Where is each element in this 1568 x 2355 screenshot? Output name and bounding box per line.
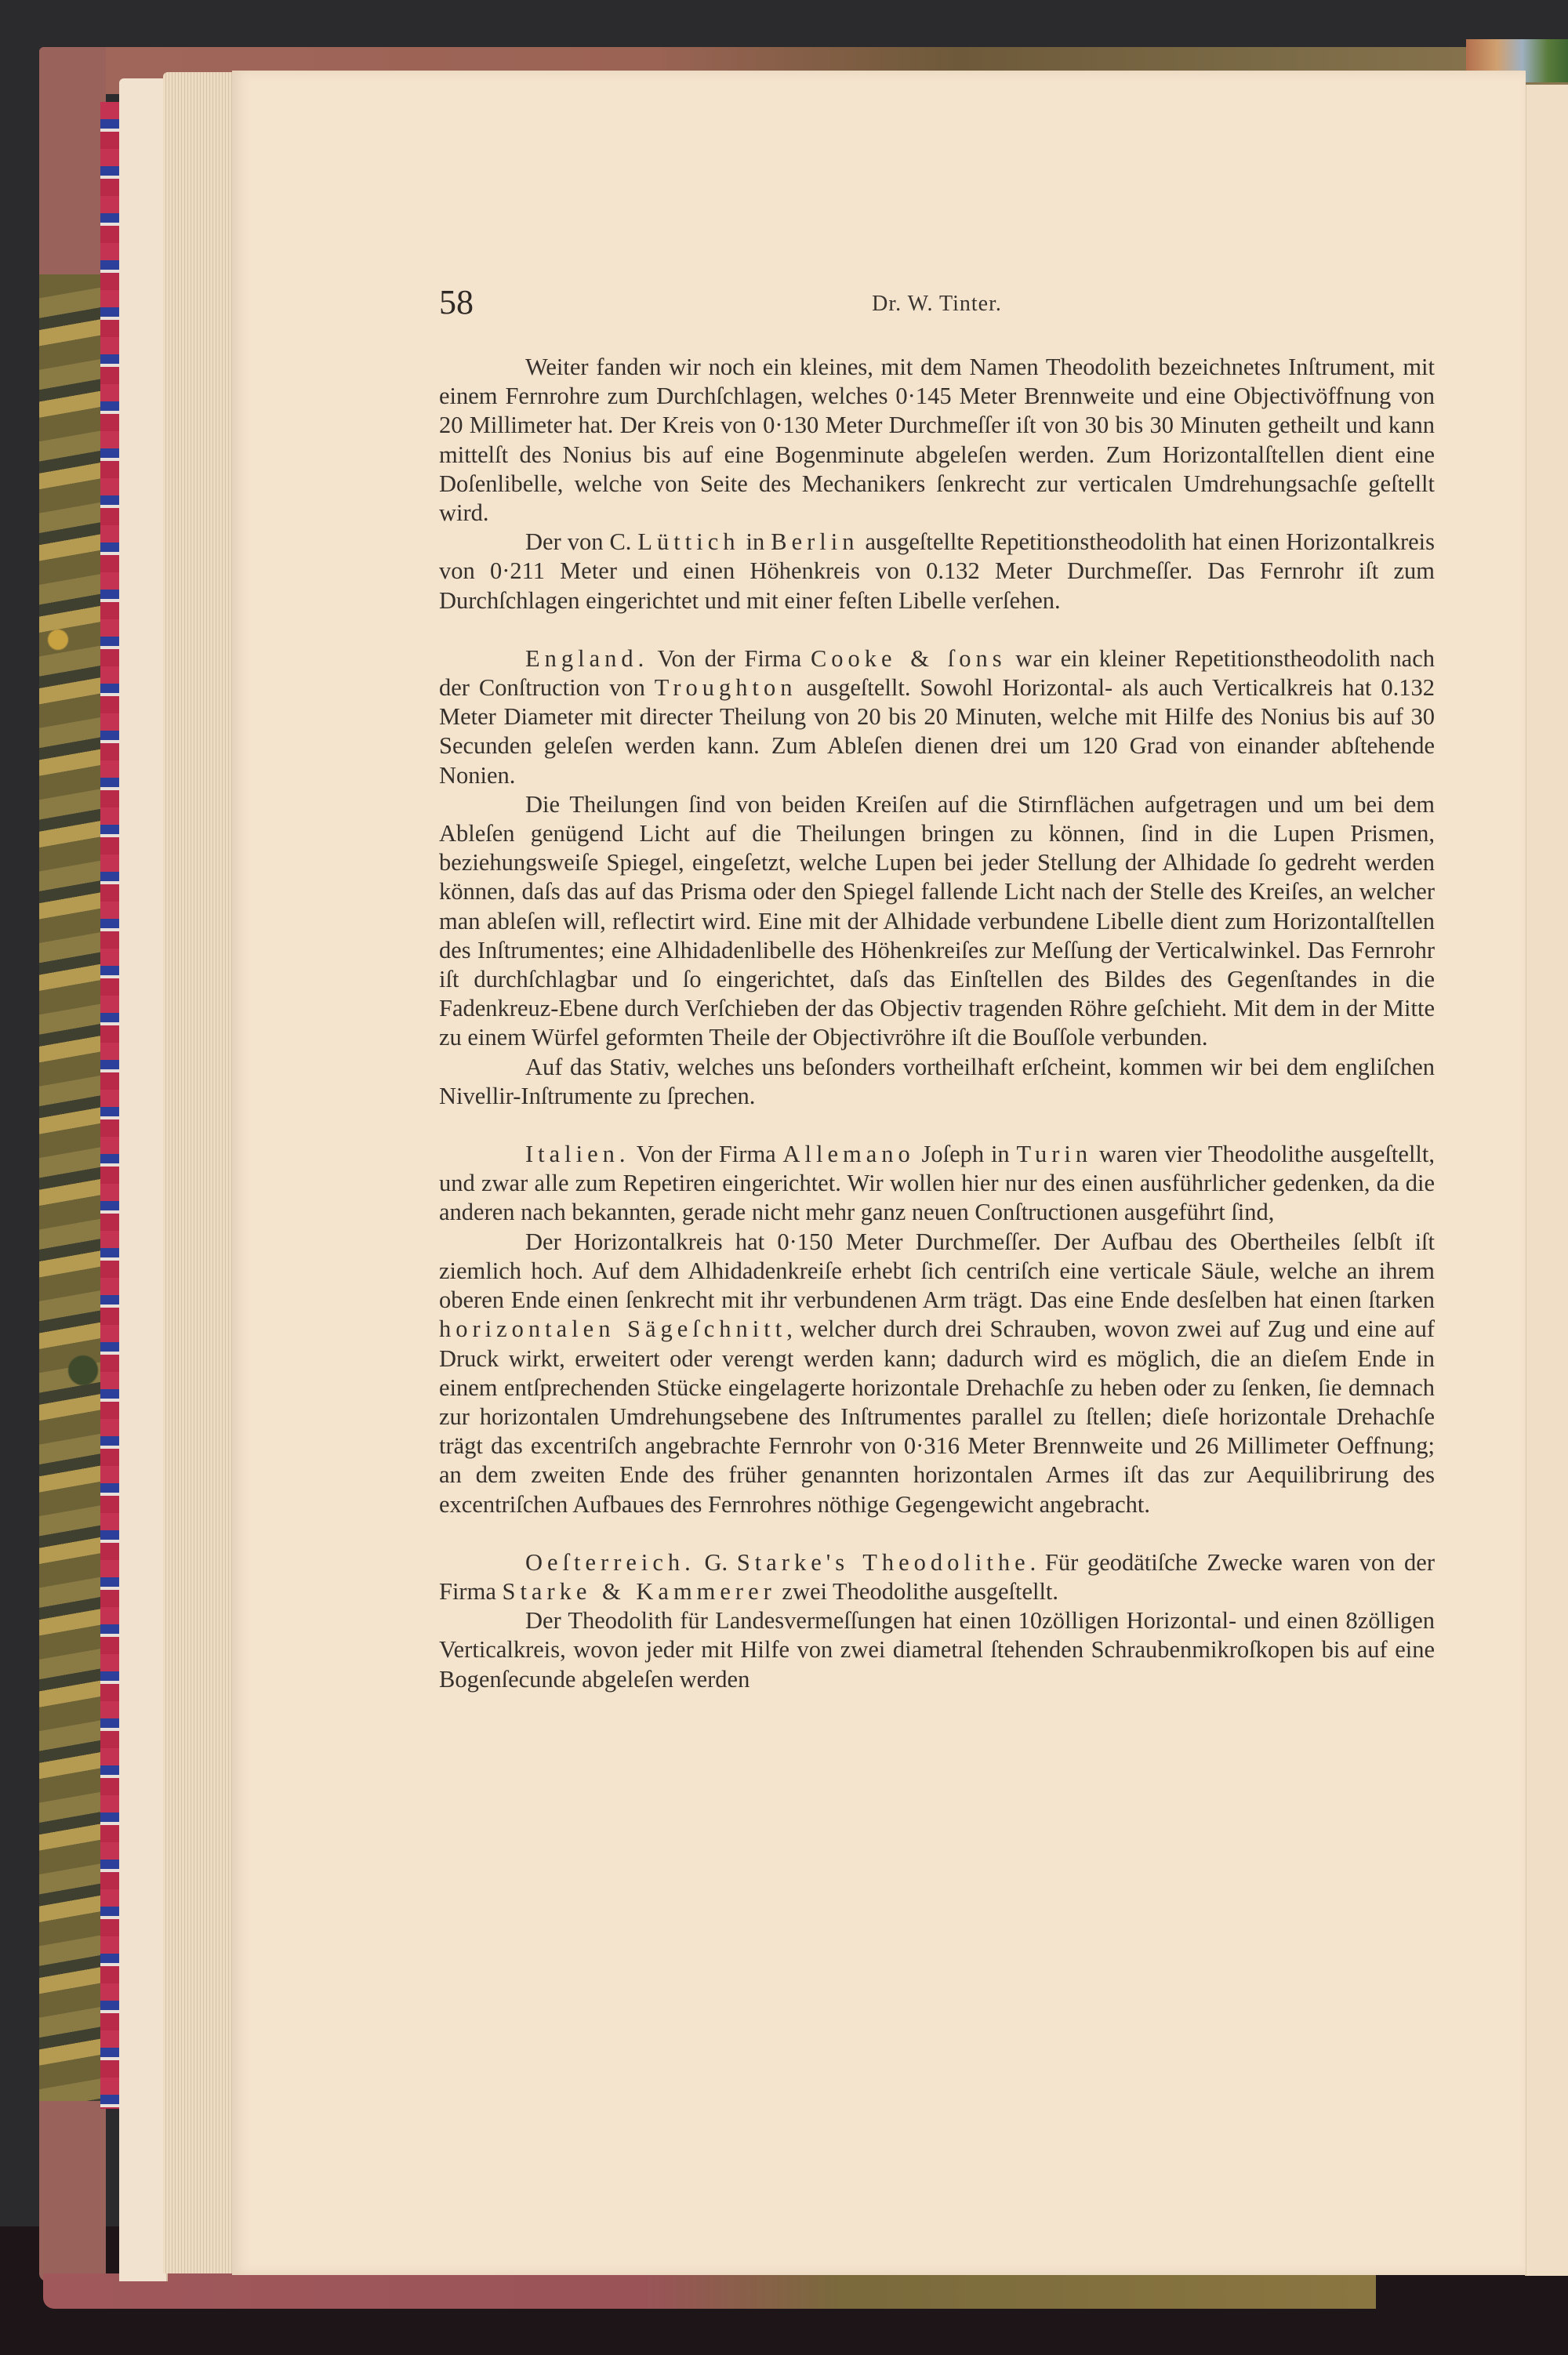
section-paragraph: Italien. Von der Firma Allemano Joſeph i… bbox=[439, 1140, 1435, 1228]
body-text: Weiter fanden wir noch ein kleines, mit … bbox=[439, 353, 1435, 1694]
spaced-name: Starke's Theodolithe bbox=[737, 1549, 1030, 1576]
paragraph: Der von C. Lüttich in Berlin ausgeſtellt… bbox=[439, 528, 1435, 615]
spaced-place: Turin bbox=[1016, 1141, 1092, 1167]
spaced-name: Starke & Kammerer bbox=[502, 1578, 775, 1605]
paragraph: Der Theodolith für Landesvermeſſungen ha… bbox=[439, 1606, 1435, 1694]
paragraph-text: Von der Firma bbox=[630, 1141, 783, 1167]
spaced-term: horizontalen Sägeſchnitt bbox=[439, 1315, 786, 1342]
spaced-name: Allemano bbox=[782, 1141, 914, 1167]
section-paragraph: England. Von der Firma Cooke & ſons war … bbox=[439, 644, 1435, 790]
spaced-name: Cooke & ſons bbox=[811, 645, 1007, 672]
marbled-endpaper bbox=[100, 102, 119, 2109]
paragraph: Der Horizontalkreis hat 0·150 Meter Durc… bbox=[439, 1228, 1435, 1519]
paragraph-text: zwei Theodolithe ausgeſtellt. bbox=[776, 1578, 1058, 1605]
paragraph-text: G. bbox=[695, 1549, 737, 1576]
book-cover-bottom-edge bbox=[43, 2273, 1376, 2309]
paragraph-text: in bbox=[740, 528, 771, 555]
paragraph-text: Von der Firma bbox=[648, 645, 811, 672]
paragraph-text: Joſeph in bbox=[915, 1141, 1017, 1167]
facing-page-edge bbox=[1525, 85, 1568, 2276]
section-heading: Italien. bbox=[525, 1141, 630, 1167]
paragraph-text: , welcher durch drei Schrauben, wovon zw… bbox=[439, 1315, 1435, 1517]
page-header: 58 Dr. W. Tinter. bbox=[439, 282, 1435, 329]
paragraph: Weiter fanden wir noch ein kleines, mit … bbox=[439, 353, 1435, 528]
paragraph-text: Der Theodolith für Landesvermeſſungen ha… bbox=[439, 1607, 1435, 1692]
paragraph-text: Weiter fanden wir noch ein kleines, mit … bbox=[439, 354, 1435, 526]
paragraph-text: Der von C. bbox=[525, 528, 637, 555]
paragraph-text: Die Theilungen ſind von beiden Kreiſen a… bbox=[439, 791, 1435, 1051]
section-paragraph: Oeſterreich. G. Starke's Theodolithe. Fü… bbox=[439, 1548, 1435, 1606]
spaced-place: Berlin bbox=[771, 528, 858, 555]
section-heading: England. bbox=[525, 645, 648, 672]
flyleaf bbox=[119, 78, 168, 2281]
paragraph: Die Theilungen ſind von beiden Kreiſen a… bbox=[439, 790, 1435, 1053]
spaced-name: Troughton bbox=[655, 674, 797, 701]
page-stack-edges bbox=[163, 72, 234, 2273]
spaced-name: Lüttich bbox=[637, 528, 739, 555]
paragraph: Auf das Stativ, welches uns beſonders vo… bbox=[439, 1053, 1435, 1111]
section-heading: Oeſterreich. bbox=[525, 1549, 695, 1576]
running-head: Dr. W. Tinter. bbox=[439, 292, 1435, 317]
paragraph-text: Auf das Stativ, welches uns beſonders vo… bbox=[439, 1054, 1435, 1109]
paragraph-text: Der Horizontalkreis hat 0·150 Meter Durc… bbox=[439, 1228, 1435, 1313]
marbled-cover-panel bbox=[39, 274, 102, 2101]
